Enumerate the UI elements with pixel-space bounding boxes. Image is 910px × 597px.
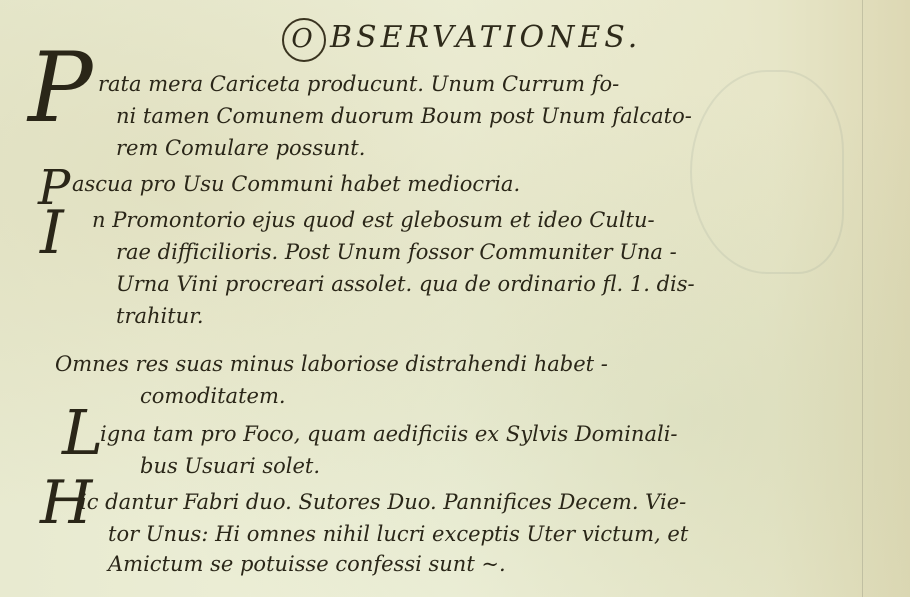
- text-line: rata mera Cariceta producunt. Unum Curru…: [98, 72, 619, 96]
- paragraph-initial: L: [62, 396, 103, 469]
- text-line: bus Usuari solet.: [140, 454, 320, 478]
- text-line: ascua pro Usu Communi habet mediocria.: [72, 172, 520, 196]
- text-line: Urna Vini procreari assolet. qua de ordi…: [116, 272, 695, 296]
- manuscript-page: OBSERVATIONES. P rata mera Cariceta prod…: [0, 0, 910, 597]
- page-title: OBSERVATIONES.: [282, 18, 641, 62]
- title-text: BSERVATIONES.: [330, 20, 641, 55]
- ink-bleed-through: [690, 70, 844, 274]
- text-line: ni tamen Comunem duorum Boum post Unum f…: [116, 104, 692, 128]
- text-line: trahitur.: [116, 304, 204, 328]
- paragraph-initial: I: [40, 198, 64, 268]
- text-line: Omnes res suas minus laboriose distrahen…: [55, 352, 608, 376]
- text-line: rae difficilioris. Post Unum fossor Comm…: [116, 240, 677, 264]
- margin-rule: [862, 0, 863, 597]
- text-line: rem Comulare possunt.: [116, 136, 365, 160]
- paragraph-initial: P: [28, 40, 93, 136]
- text-line: ic dantur Fabri duo. Sutores Duo. Pannif…: [80, 490, 686, 514]
- text-line: tor Unus: Hi omnes nihil lucri exceptis …: [108, 522, 688, 546]
- paragraph-initial: O: [55, 352, 72, 376]
- text-line: n Promontorio ejus quod est glebosum et …: [92, 208, 655, 232]
- text-line: igna tam pro Foco, quam aedificiis ex Sy…: [100, 422, 678, 446]
- text-line: Amictum se potuisse confessi sunt ~.: [108, 552, 506, 576]
- text-line: comoditatem.: [140, 384, 286, 408]
- title-initial: O: [282, 18, 326, 62]
